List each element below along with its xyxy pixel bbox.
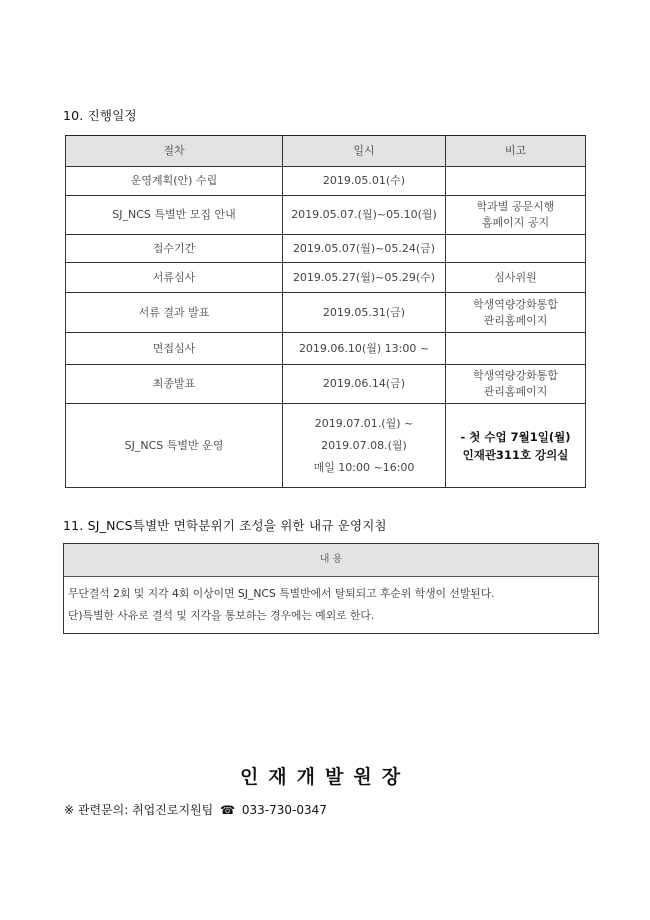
rule-line: 무단결석 2회 및 지각 4회 이상이면 SJ_NCS 특별반에서 탈퇴되고 후… [68, 583, 594, 605]
step-cell: 면접심사 [66, 333, 283, 365]
table-row: 서류 결과 발표 2019.05.31(금) 학생역량강화통합관리홈페이지 [66, 293, 586, 333]
note-cell: 학생역량강화통합관리홈페이지 [446, 365, 586, 404]
section11-title: 11. SJ_NCS특별반 면학분위기 조성을 위한 내규 운영지침 [63, 516, 387, 534]
date-cell: 2019.05.31(금) [283, 293, 446, 333]
date-cell: 2019.07.01.(월) ~2019.07.08.(월)매일 10:00 ~… [283, 404, 446, 488]
table-row: 면접심사 2019.06.10(월) 13:00 ~ [66, 333, 586, 365]
signature: 인재개발원장 [0, 762, 650, 789]
table-row: SJ_NCS 특별반 모집 안내 2019.05.07.(월)~05.10(월)… [66, 196, 586, 235]
date-line: 2019.07.01.(월) ~ [285, 413, 443, 435]
step-cell: 운영계획(안) 수립 [66, 167, 283, 196]
note-line: 학생역량강화통합 [448, 297, 583, 313]
note-line: - 첫 수업 7월1일(월) [448, 428, 583, 446]
note-line: 관리홈페이지 [448, 384, 583, 400]
note-cell: 학과별 공문시행홈페이지 공지 [446, 196, 586, 235]
date-line: 매일 10:00 ~16:00 [285, 457, 443, 479]
table-row: 서류심사 2019.05.27(월)~05.29(수) 심사위원 [66, 263, 586, 293]
note-cell [446, 333, 586, 365]
header-date: 일시 [283, 136, 446, 167]
note-line: 인재관311호 강의실 [448, 446, 583, 464]
rules-header: 내 용 [64, 544, 598, 577]
date-cell: 2019.05.27(월)~05.29(수) [283, 263, 446, 293]
step-cell: 최종발표 [66, 365, 283, 404]
date-cell: 2019.05.07(월)~05.24(금) [283, 235, 446, 263]
rules-box: 내 용 무단결석 2회 및 지각 4회 이상이면 SJ_NCS 특별반에서 탈퇴… [63, 543, 599, 634]
table-row: 접수기간 2019.05.07(월)~05.24(금) [66, 235, 586, 263]
schedule-table: 절차 일시 비고 운영계획(안) 수립 2019.05.01(수) SJ_NCS… [65, 135, 586, 488]
table-row: 최종발표 2019.06.14(금) 학생역량강화통합관리홈페이지 [66, 365, 586, 404]
step-cell: SJ_NCS 특별반 모집 안내 [66, 196, 283, 235]
rule-line: 단)특별한 사유로 결석 및 지각을 통보하는 경우에는 예외로 한다. [68, 605, 594, 627]
section10-title: 10. 진행일정 [63, 106, 137, 124]
note-line: 홈페이지 공지 [448, 215, 583, 231]
note-line: 학생역량강화통합 [448, 368, 583, 384]
step-cell: SJ_NCS 특별반 운영 [66, 404, 283, 488]
table-row: 운영계획(안) 수립 2019.05.01(수) [66, 167, 586, 196]
contact-prefix: ※ 관련문의: 취업진로지원팀 [64, 803, 213, 817]
note-line: 학과별 공문시행 [448, 199, 583, 215]
rules-body: 무단결석 2회 및 지각 4회 이상이면 SJ_NCS 특별반에서 탈퇴되고 후… [64, 577, 598, 633]
note-cell: 심사위원 [446, 263, 586, 293]
note-cell: 학생역량강화통합관리홈페이지 [446, 293, 586, 333]
contact-info: ※ 관련문의: 취업진로지원팀 ☎ 033-730-0347 [64, 801, 327, 818]
table-row: SJ_NCS 특별반 운영 2019.07.01.(월) ~2019.07.08… [66, 404, 586, 488]
note-cell: - 첫 수업 7월1일(월)인재관311호 강의실 [446, 404, 586, 488]
date-cell: 2019.05.01(수) [283, 167, 446, 196]
step-cell: 접수기간 [66, 235, 283, 263]
step-cell: 서류심사 [66, 263, 283, 293]
date-cell: 2019.05.07.(월)~05.10(월) [283, 196, 446, 235]
header-step: 절차 [66, 136, 283, 167]
note-cell [446, 235, 586, 263]
header-note: 비고 [446, 136, 586, 167]
step-cell: 서류 결과 발표 [66, 293, 283, 333]
note-cell [446, 167, 586, 196]
date-line: 2019.07.08.(월) [285, 435, 443, 457]
note-line: 관리홈페이지 [448, 313, 583, 329]
date-cell: 2019.06.14(금) [283, 365, 446, 404]
phone-icon: ☎ [220, 803, 235, 817]
contact-phone: 033-730-0347 [242, 803, 327, 817]
date-cell: 2019.06.10(월) 13:00 ~ [283, 333, 446, 365]
